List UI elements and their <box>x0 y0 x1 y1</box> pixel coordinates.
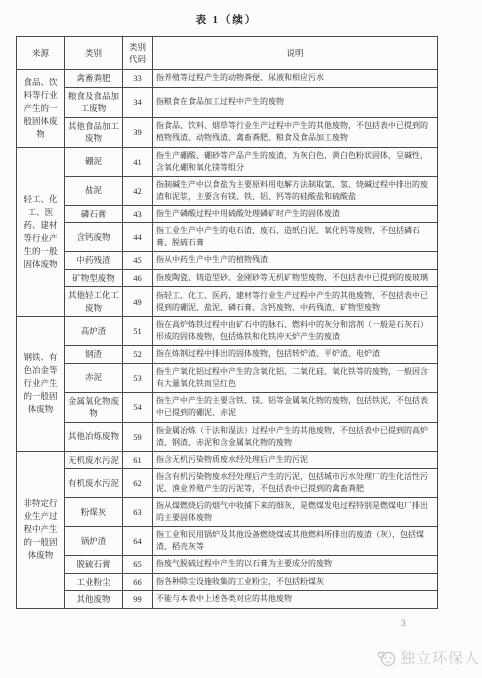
col-header-source: 来源 <box>17 37 65 70</box>
description-cell: 指从中药生产中生产的植物残渣 <box>153 252 438 270</box>
category-cell: 高炉渣 <box>65 317 123 346</box>
table-row: 食品、饮料等行业产生的一般固体废物禽畜粪肥33指养殖等过程产生的动物粪便、尿液和… <box>17 70 438 88</box>
category-cell: 其他废物 <box>65 591 123 609</box>
source-cell: 非特定行业生产过程中产生的一般固体废物 <box>17 451 65 608</box>
code-cell: 59 <box>123 422 153 451</box>
table-row: 粉煤灰63指从煤燃烧后的烟气中收捕下来的细灰，是燃煤发电过程特别是燃煤电厂排出的… <box>17 498 438 527</box>
category-cell: 赤泥 <box>65 363 123 392</box>
table-row: 赤泥53指生产氧化铝过程中产生的含氧化铝、二氧化硅、氧化铁等的废物，一般因含有大… <box>17 363 438 392</box>
description-cell: 指在炼钢过程中排出的固体废物，包括转炉渣、平炉渣、电炉渣 <box>153 346 438 364</box>
description-cell: 指粮食在食品加工过程中产生的废物 <box>153 87 438 117</box>
source-cell: 钢铁、有色冶金等行业产生的一般固体废物 <box>17 317 65 452</box>
description-cell: 指养殖等过程产生的动物粪便、尿液和相应污水 <box>153 70 438 88</box>
code-cell: 33 <box>123 70 153 88</box>
code-cell: 52 <box>123 346 153 364</box>
code-cell: 45 <box>123 252 153 270</box>
watermark: 独立环保人 <box>375 647 480 668</box>
description-cell: 指含无机污染物质废水经处理后产生的污泥 <box>153 451 438 469</box>
code-cell: 44 <box>123 223 153 252</box>
table-row: 锅炉渣64指工业和民用锅炉及其他设备燃烧煤或其他燃料所排出的废渣（灰），包括煤渣… <box>17 527 438 556</box>
category-cell: 有机废水污泥 <box>65 469 123 498</box>
code-cell: 61 <box>123 451 153 469</box>
table-row: 其他废物99不能与本表中上述各类对应的其他废物 <box>17 591 438 609</box>
header-row: 来源 类别 类别代码 说明 <box>17 37 438 70</box>
description-cell: 指制碱生产中以食盐为主要原料用电解方法制取氯、氢、烧碱过程中排出的废渣和泥浆，主… <box>153 176 438 205</box>
table-body: 食品、饮料等行业产生的一般固体废物禽畜粪肥33指养殖等过程产生的动物粪便、尿液和… <box>17 70 438 609</box>
table-row: 粮食及食品加工废物34指粮食在食品加工过程中产生的废物 <box>17 87 438 117</box>
category-cell: 金属氧化物废物 <box>65 392 123 422</box>
code-cell: 41 <box>123 147 153 176</box>
category-cell: 盐泥 <box>65 176 123 205</box>
table-row: 盐泥42指制碱生产中以食盐为主要原料用电解方法制取氯、氢、烧碱过程中排出的废渣和… <box>17 176 438 205</box>
category-cell: 工业粉尘 <box>65 573 123 591</box>
table-header: 来源 类别 类别代码 说明 <box>17 37 438 70</box>
category-cell: 含钙废物 <box>65 223 123 252</box>
description-cell: 指生产硼酸、硼砂等产品产生的废渣，为灰白色、黄白色粉状固体，呈碱性，含氧化硼和氧… <box>153 147 438 176</box>
page-content: 表 1（续） 来源 类别 类别代码 说明 食品、饮料等行业产生的一般固体废物禽畜… <box>16 12 437 609</box>
code-cell: 64 <box>123 527 153 556</box>
category-cell: 矿物型废物 <box>65 269 123 287</box>
code-cell: 63 <box>123 498 153 527</box>
code-cell: 54 <box>123 392 153 422</box>
description-cell: 指废气脱硫过程中产生的以石膏为主要成分的废物 <box>153 556 438 574</box>
table-row: 有机废水污泥62指含有机污染物废水经处理后产生的污泥，包括城市污水处理厂的生化活… <box>17 469 438 498</box>
description-cell: 指各种除尘设施收集的工业粉尘，不包括粉煤灰 <box>153 573 438 591</box>
category-cell: 硼泥 <box>65 147 123 176</box>
table-row: 钢渣52指在炼钢过程中排出的固体废物，包括转炉渣、平炉渣、电炉渣 <box>17 346 438 364</box>
code-cell: 99 <box>123 591 153 609</box>
description-cell: 指轻工、化工、医药、建材等行业生产过程中产生的其他废物，不包括表中已提到的硼泥、… <box>153 287 438 317</box>
table-row: 金属氧化物废物54指生产中产生的主要含铁、镁、铝等金属氧化物的废物，包括铁泥，不… <box>17 392 438 422</box>
category-cell: 其他食品加工废物 <box>65 117 123 147</box>
table-row: 中药残渣45指从中药生产中生产的植物残渣 <box>17 252 438 270</box>
table-row: 其他食品加工废物39指食品、饮料、烟草等行业生产过程中产生的其他废物，不包括表中… <box>17 117 438 147</box>
category-cell: 脱硫石膏 <box>65 556 123 574</box>
table-row: 工业粉尘66指各种除尘设施收集的工业粉尘，不包括粉煤灰 <box>17 573 438 591</box>
description-cell: 指从煤燃烧后的烟气中收捕下来的细灰，是燃煤发电过程特别是燃煤电厂排出的主要固体废… <box>153 498 438 527</box>
table-row: 含钙废物44指工业生产中产生的电石渣、废石、造纸白泥、氧化钙等废物，不包括磷石膏… <box>17 223 438 252</box>
table-row: 脱硫石膏65指废气脱硫过程中产生的以石膏为主要成分的废物 <box>17 556 438 574</box>
table-row: 非特定行业生产过程中产生的一般固体废物无机废水污泥61指含无机污染物质废水经处理… <box>17 451 438 469</box>
code-cell: 62 <box>123 469 153 498</box>
table-row: 矿物型废物46指废陶瓷、铸造型砂、金刚砂等无机矿物型废物，不包括表中已提到的废玻… <box>17 269 438 287</box>
table-row: 磷石膏43指生产磷酸过程中用硫酸处理磷矿时产生的固体废渣 <box>17 205 438 223</box>
description-cell: 指工业生产中产生的电石渣、废石、造纸白泥、氧化钙等废物，不包括磷石膏、脱硫石膏 <box>153 223 438 252</box>
code-cell: 34 <box>123 87 153 117</box>
category-cell: 粮食及食品加工废物 <box>65 87 123 117</box>
watermark-text: 独立环保人 <box>400 647 480 668</box>
code-cell: 66 <box>123 573 153 591</box>
description-cell: 指在高炉炼铁过程中由矿石中的脉石、燃料中的灰分和溶剂（一般是石灰石）形成的固体废… <box>153 317 438 346</box>
category-cell: 钢渣 <box>65 346 123 364</box>
category-cell: 中药残渣 <box>65 252 123 270</box>
category-cell: 磷石膏 <box>65 205 123 223</box>
description-cell: 指生产中产生的主要含铁、镁、铝等金属氧化物的废物，包括铁泥，不包括表中已提到的硼… <box>153 392 438 422</box>
code-cell: 51 <box>123 317 153 346</box>
document-page: 表 1（续） 来源 类别 类别代码 说明 食品、饮料等行业产生的一般固体废物禽畜… <box>0 0 482 678</box>
description-cell: 指金属冶炼（干法和湿法）过程中产生的其他废物，不包括表中已提到的高炉渣、钢渣、赤… <box>153 422 438 451</box>
source-cell: 轻工、化工、医药、建材等行业产生的一般固体废物 <box>17 147 65 317</box>
description-cell: 指生产磷酸过程中用硫酸处理磷矿时产生的固体废渣 <box>153 205 438 223</box>
category-cell: 其他冶炼废物 <box>65 422 123 451</box>
description-cell: 指食品、饮料、烟草等行业生产过程中产生的其他废物，不包括表中已提到的植物残渣、动… <box>153 117 438 147</box>
description-cell: 指含有机污染物废水经处理后产生的污泥，包括城市污水处理厂的生化活性污泥、渔业养殖… <box>153 469 438 498</box>
description-cell: 不能与本表中上述各类对应的其他废物 <box>153 591 438 609</box>
code-cell: 53 <box>123 363 153 392</box>
table-row: 钢铁、有色冶金等行业产生的一般固体废物高炉渣51指在高炉炼铁过程中由矿石中的脉石… <box>17 317 438 346</box>
category-cell: 其他轻工化工废物 <box>65 287 123 317</box>
page-number: 3 <box>401 618 406 628</box>
code-cell: 46 <box>123 269 153 287</box>
table-row: 其他轻工化工废物49指轻工、化工、医药、建材等行业生产过程中产生的其他废物，不包… <box>17 287 438 317</box>
code-cell: 43 <box>123 205 153 223</box>
col-header-description: 说明 <box>153 37 438 70</box>
category-cell: 锅炉渣 <box>65 527 123 556</box>
col-header-category: 类别 <box>65 37 123 70</box>
description-cell: 指废陶瓷、铸造型砂、金刚砂等无机矿物型废物，不包括表中已提到的废玻璃 <box>153 269 438 287</box>
code-cell: 42 <box>123 176 153 205</box>
table-row: 轻工、化工、医药、建材等行业产生的一般固体废物硼泥41指生产硼酸、硼砂等产品产生… <box>17 147 438 176</box>
description-cell: 指生产氧化铝过程中产生的含氧化铝、二氧化硅、氧化铁等的废物，一般因含有大量氧化铁… <box>153 363 438 392</box>
watermark-logo-icon <box>375 649 397 667</box>
description-cell: 指工业和民用锅炉及其他设备燃烧煤或其他燃料所排出的废渣（灰），包括煤渣、稻壳灰等 <box>153 527 438 556</box>
code-cell: 49 <box>123 287 153 317</box>
waste-category-table: 来源 类别 类别代码 说明 食品、饮料等行业产生的一般固体废物禽畜粪肥33指养殖… <box>16 36 438 609</box>
category-cell: 禽畜粪肥 <box>65 70 123 88</box>
category-cell: 无机废水污泥 <box>65 451 123 469</box>
code-cell: 39 <box>123 117 153 147</box>
col-header-code: 类别代码 <box>123 37 153 70</box>
source-cell: 食品、饮料等行业产生的一般固体废物 <box>17 70 65 148</box>
category-cell: 粉煤灰 <box>65 498 123 527</box>
table-row: 其他冶炼废物59指金属冶炼（干法和湿法）过程中产生的其他废物，不包括表中已提到的… <box>17 422 438 451</box>
code-cell: 65 <box>123 556 153 574</box>
table-title: 表 1（续） <box>16 12 437 27</box>
